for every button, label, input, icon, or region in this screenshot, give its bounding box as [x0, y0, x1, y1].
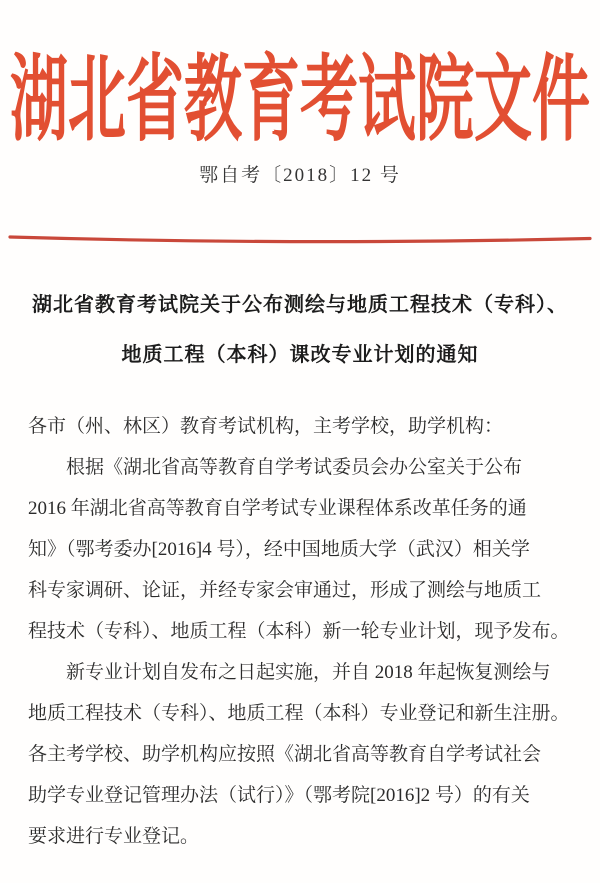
doc-number: 鄂自考〔2018〕12 号	[0, 160, 600, 187]
para1-line: 科专家调研、论证，并经专家会审通过，形成了测绘与地质工	[28, 570, 580, 611]
para1-line: 程技术（专科）、地质工程（本科）新一轮专业计划，现予发布。	[28, 611, 580, 652]
masthead-wrap: 湖北省教育考试院文件	[0, 30, 600, 152]
para1-line: 根据《湖北省高等教育自学考试委员会办公室关于公布	[28, 447, 580, 488]
salutation: 各市（州、林区）教育考试机构，主考学校，助学机构：	[28, 406, 580, 447]
red-divider-line	[8, 234, 592, 248]
notice-body: 各市（州、林区）教育考试机构，主考学校，助学机构： 根据《湖北省高等教育自学考试…	[28, 406, 580, 857]
notice-title: 湖北省教育考试院关于公布测绘与地质工程技术（专科）、 地质工程（本科）课改专业计…	[0, 280, 600, 380]
para2-line: 新专业计划自发布之日起实施，并自 2018 年起恢复测绘与	[28, 652, 580, 693]
notice-title-line1: 湖北省教育考试院关于公布测绘与地质工程技术（专科）、	[0, 280, 600, 330]
para1-line: 知》（鄂考委办[2016]4 号），经中国地质大学（武汉）相关学	[28, 529, 580, 570]
notice-title-line2: 地质工程（本科）课改专业计划的通知	[0, 330, 600, 380]
document-page: 湖北省教育考试院文件 鄂自考〔2018〕12 号 湖北省教育考试院关于公布测绘与…	[0, 0, 600, 883]
para2-line: 各主考学校、助学机构应按照《湖北省高等教育自学考试社会	[28, 734, 580, 775]
masthead-title: 湖北省教育考试院文件	[10, 23, 590, 159]
para2-line: 要求进行专业登记。	[28, 816, 580, 857]
para2-line: 地质工程技术（专科）、地质工程（本科）专业登记和新生注册。	[28, 693, 580, 734]
para1-line: 2016 年湖北省高等教育自学考试专业课程体系改革任务的通	[28, 488, 580, 529]
para2-line: 助学专业登记管理办法（试行）》（鄂考院[2016]2 号）的有关	[28, 775, 580, 816]
red-divider-path	[10, 237, 590, 242]
